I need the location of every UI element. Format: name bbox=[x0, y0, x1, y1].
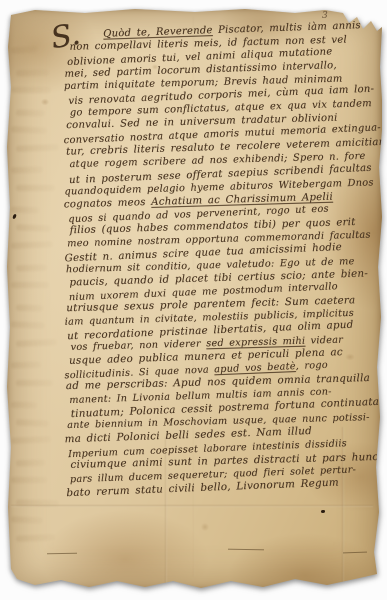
showthrough-smudge bbox=[16, 380, 53, 386]
showthrough-smudge bbox=[11, 167, 43, 174]
showthrough-smudge bbox=[16, 224, 51, 231]
ink-fleck bbox=[7, 65, 9, 70]
showthrough-smudge bbox=[11, 477, 47, 483]
letter-body: Quòd te, Reverende Piscator, multis iàm … bbox=[63, 19, 387, 499]
ink-fleck bbox=[12, 214, 16, 220]
showthrough-smudge bbox=[11, 516, 43, 523]
showthrough-smudge bbox=[16, 185, 55, 191]
showthrough-smudge bbox=[16, 304, 43, 311]
showthrough-smudge bbox=[16, 264, 47, 271]
showthrough-smudge bbox=[16, 459, 45, 466]
showthrough-smudge bbox=[11, 87, 51, 93]
fold-crease bbox=[11, 505, 373, 507]
pen-mark bbox=[228, 549, 264, 551]
showthrough-smudge bbox=[16, 339, 57, 347]
ink-fleck bbox=[321, 510, 325, 513]
showthrough-smudge bbox=[11, 282, 49, 288]
showthrough-smudge bbox=[11, 321, 45, 328]
showthrough-smudge bbox=[11, 126, 47, 134]
showthrough-smudge bbox=[16, 109, 45, 116]
showthrough-smudge bbox=[11, 207, 39, 214]
showthrough-smudge bbox=[16, 69, 49, 76]
showthrough-smudge bbox=[11, 46, 37, 53]
showthrough-smudge bbox=[11, 241, 53, 249]
showthrough-smudge bbox=[16, 534, 55, 542]
manuscript-page: 3 S. Quòd te, Reverende Piscator, multis… bbox=[5, 7, 382, 591]
showthrough-smudge bbox=[16, 144, 59, 152]
showthrough-smudge bbox=[16, 499, 59, 506]
ink-showthrough bbox=[9, 47, 63, 572]
paper-sheet: 3 S. Quòd te, Reverende Piscator, multis… bbox=[5, 7, 382, 591]
showthrough-smudge bbox=[11, 436, 51, 444]
showthrough-smudge bbox=[11, 362, 41, 369]
pen-mark bbox=[343, 552, 367, 554]
pen-mark bbox=[47, 553, 77, 555]
showthrough-smudge bbox=[11, 402, 37, 409]
showthrough-smudge bbox=[16, 419, 49, 426]
photo-background: 3 S. Quòd te, Reverende Piscator, multis… bbox=[0, 0, 387, 600]
